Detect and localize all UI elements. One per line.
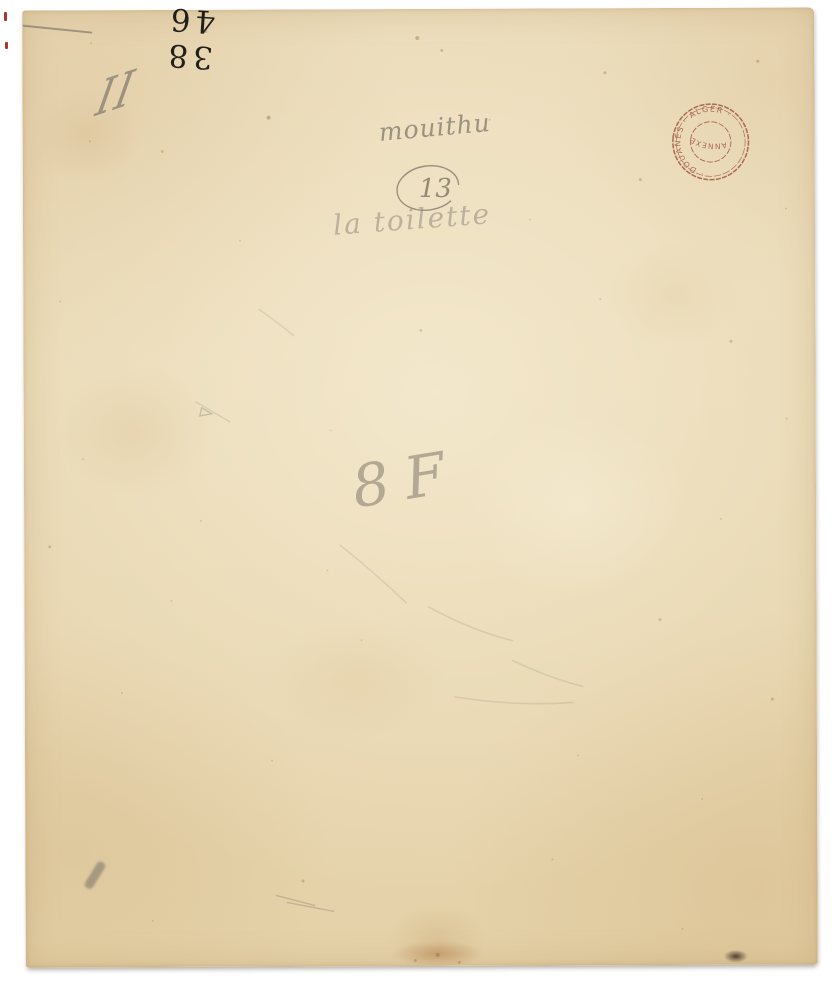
foxing-spot <box>599 298 601 300</box>
foxing-spot <box>701 798 703 800</box>
inscription-price-code: 8F <box>347 437 466 522</box>
foxing-spot <box>786 418 788 420</box>
foxing-spot <box>361 639 363 641</box>
foxing-spot <box>302 879 305 882</box>
inscription-name: mouithu <box>378 108 492 147</box>
foxing-spot <box>682 928 684 930</box>
foxing-spot <box>161 150 164 153</box>
foxing-spot <box>785 208 787 210</box>
photograph-background: II 38 46 mouithu 13 la toilette 8F <box>0 0 840 990</box>
foxing-spot <box>170 600 172 602</box>
pencil-dash-stroke <box>22 25 92 34</box>
foxing-spot <box>756 60 759 63</box>
foxing-spot <box>239 240 241 242</box>
customs-stamp: · DOUANES · ALGER · ANNEXE <box>665 96 757 188</box>
stamp-center-text: ANNEXE <box>688 135 729 152</box>
rust-stain <box>392 941 484 967</box>
foxing-spot <box>720 518 722 520</box>
inscription-title: la toilette <box>332 197 492 242</box>
foxing-spot <box>659 618 662 621</box>
foxing-spot <box>415 36 419 40</box>
foxing-spot <box>271 760 273 762</box>
foxing-spot <box>267 116 271 120</box>
foxing-spot <box>82 458 84 460</box>
red-edge-fleck <box>4 12 7 21</box>
foxing-spot <box>330 429 332 431</box>
foxing-spot <box>729 340 732 343</box>
foxing-spot <box>152 920 154 922</box>
foxing-spot <box>326 569 328 571</box>
red-edge-fleck <box>5 42 8 49</box>
foxing-spot <box>121 692 123 694</box>
foxing-spot <box>89 140 91 142</box>
paper-sheet-verso: II 38 46 mouithu 13 la toilette 8F <box>22 7 818 967</box>
svg-text:ANNEXE: ANNEXE <box>688 135 729 152</box>
graphite-smudge <box>83 860 106 890</box>
foxing-spot <box>603 71 606 74</box>
foxing-spot <box>529 219 531 221</box>
foxing-spot <box>200 520 202 522</box>
inventory-numbers-text: 38 46 <box>104 0 216 75</box>
foxing-spot <box>639 178 642 181</box>
foxing-spot <box>551 858 553 860</box>
inscription-inventory-numbers: 38 46 <box>21 4 216 63</box>
foxing-spot <box>59 300 61 302</box>
foxing-spot <box>577 754 579 756</box>
foxing-spot <box>419 329 422 332</box>
foxing-spot <box>771 698 774 701</box>
foxing-spot <box>48 545 51 548</box>
dark-edge-spot <box>724 950 748 963</box>
foxing-spot <box>440 49 443 52</box>
